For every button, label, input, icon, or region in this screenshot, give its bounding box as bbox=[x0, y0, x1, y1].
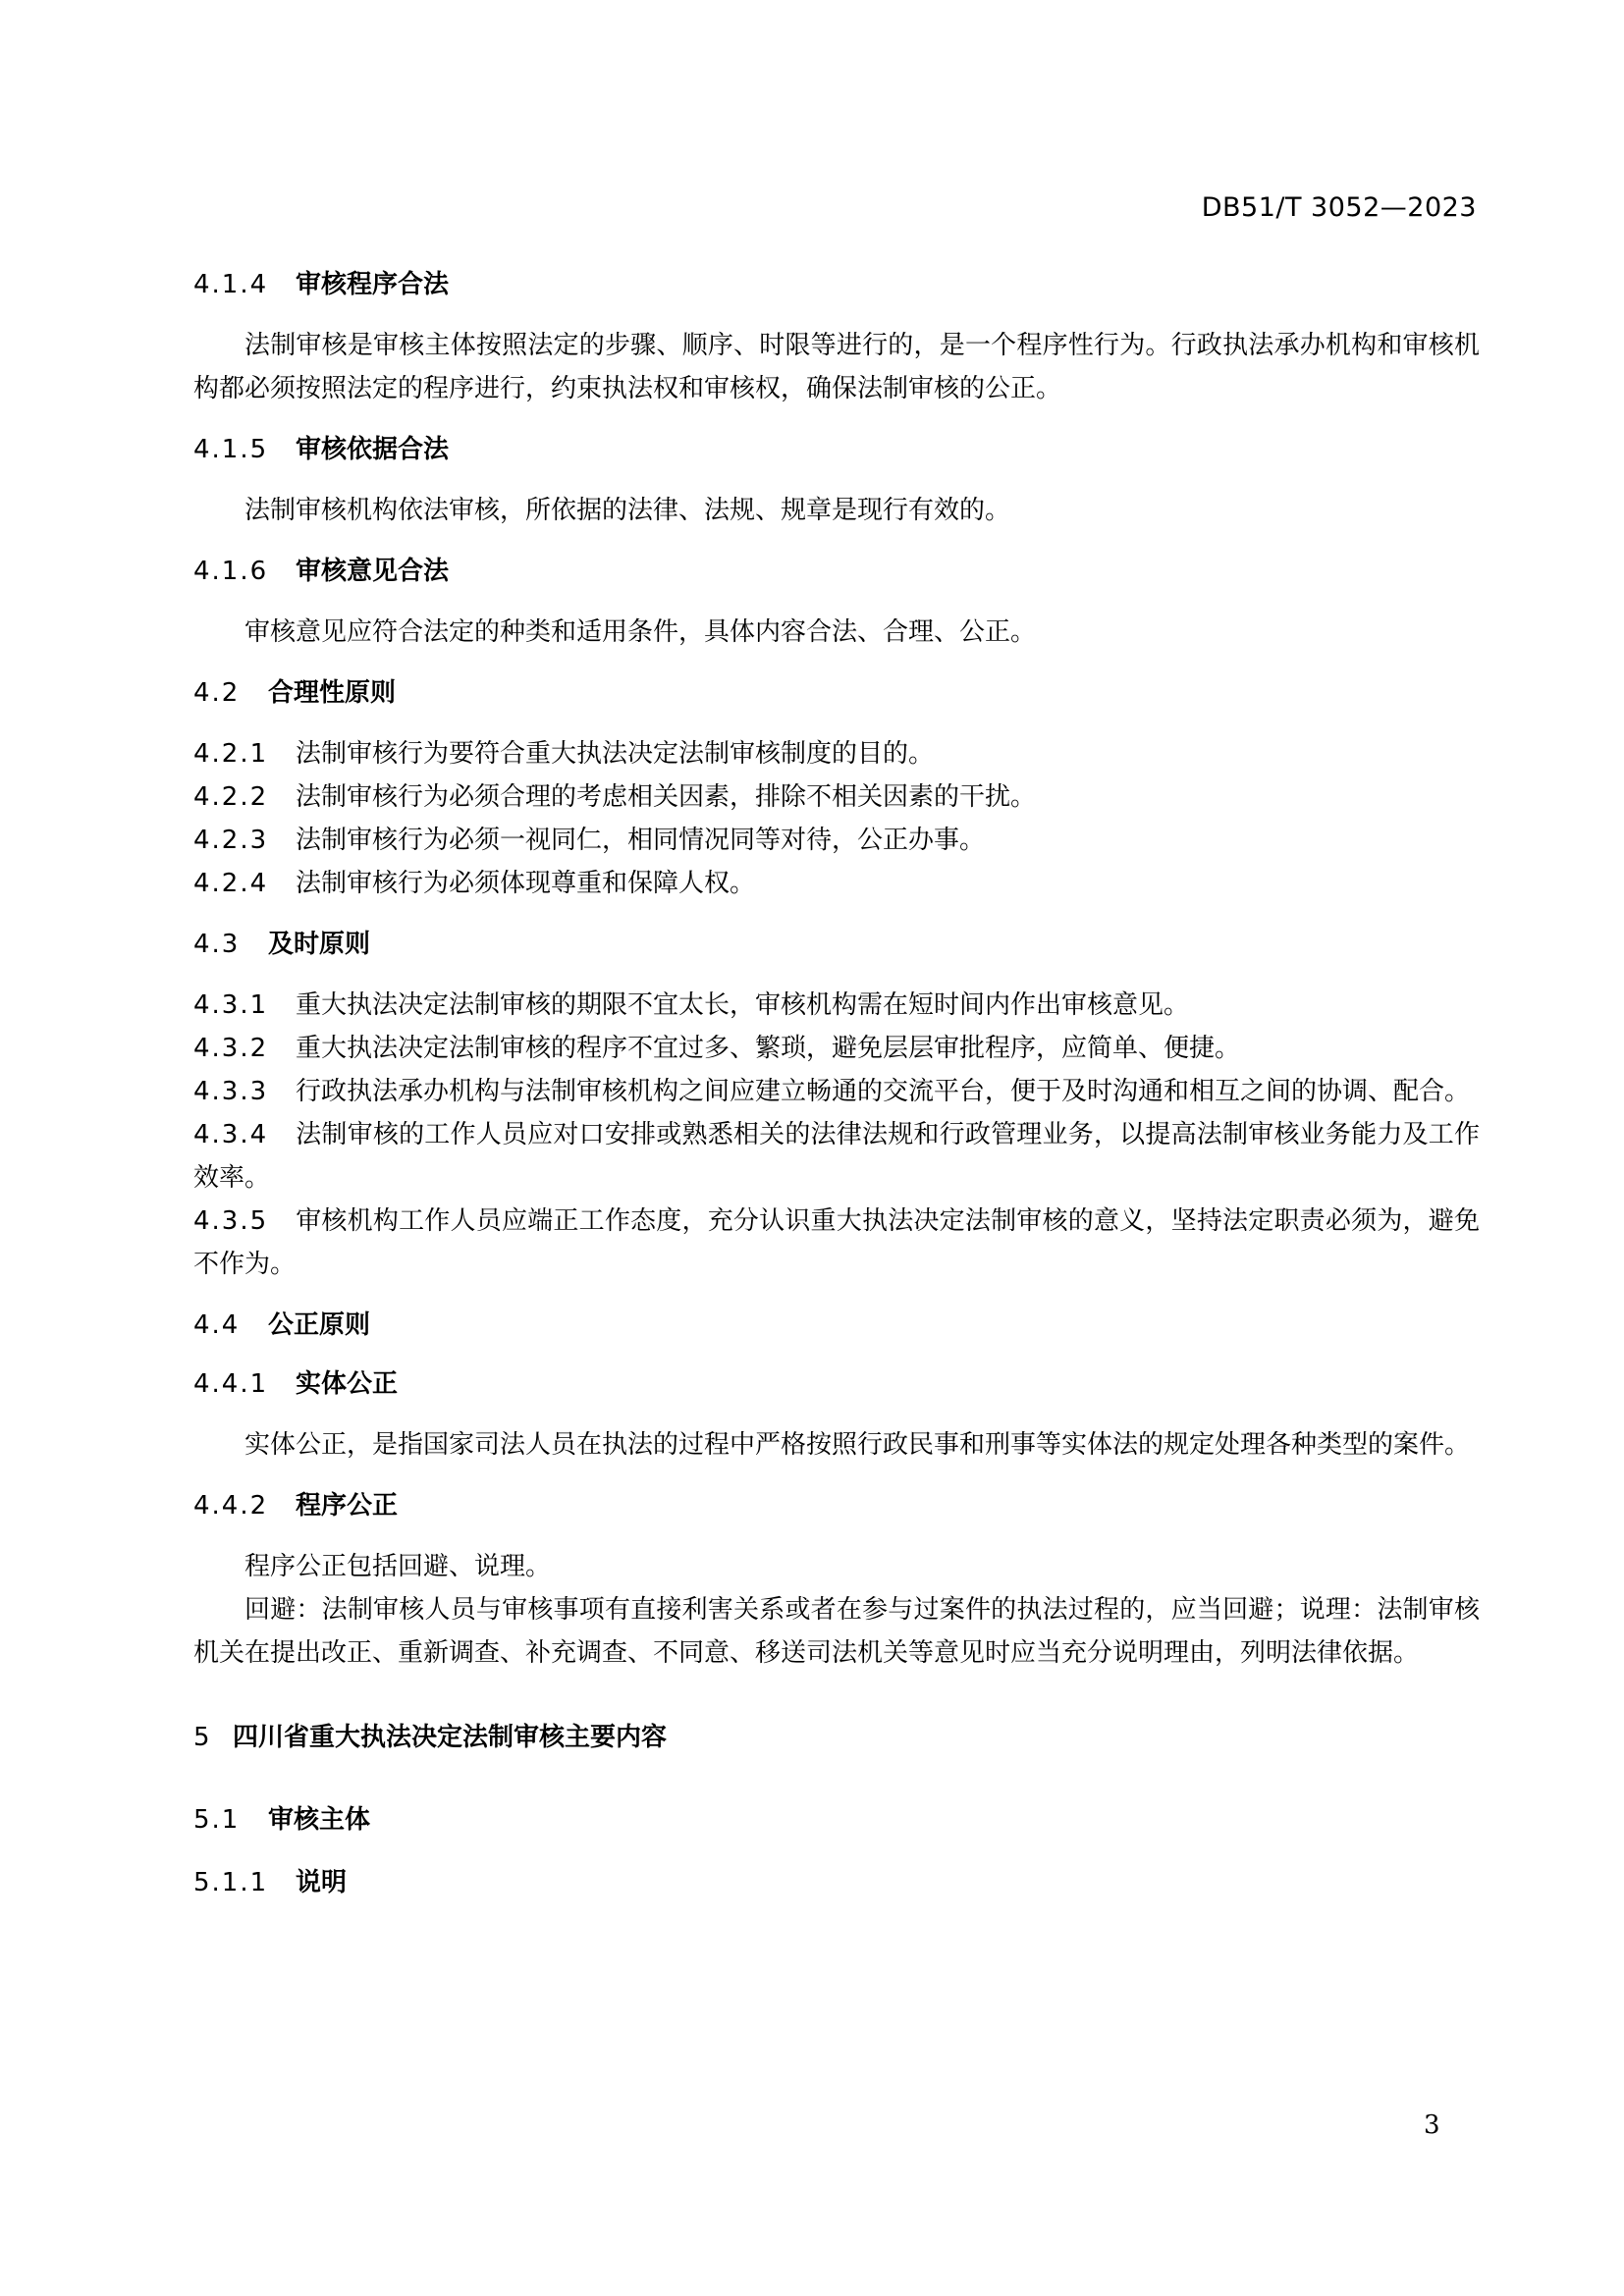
heading-4-4-2: 4.4.2程序公正 bbox=[193, 1486, 1480, 1525]
heading-4-2: 4.2合理性原则 bbox=[193, 673, 1480, 713]
heading-4-3: 4.3及时原则 bbox=[193, 925, 1480, 964]
clause-4-2-4: 4.2.4法制审核行为必须体现尊重和保障人权。 bbox=[193, 862, 1480, 905]
paragraph-4-1-5: 法制审核机构依法审核，所依据的法律、法规、规章是现行有效的。 bbox=[193, 489, 1480, 532]
heading-4-4: 4.4公正原则 bbox=[193, 1306, 1480, 1345]
paragraph-4-1-4: 法制审核是审核主体按照法定的步骤、顺序、时限等进行的，是一个程序性行为。行政执法… bbox=[193, 324, 1480, 410]
heading-5: 5四川省重大执法决定法制审核主要内容 bbox=[193, 1718, 1480, 1757]
heading-4-1-5: 4.1.5审核依据合法 bbox=[193, 430, 1480, 469]
clause-4-3-3: 4.3.3行政执法承办机构与法制审核机构之间应建立畅通的交流平台，便于及时沟通和… bbox=[193, 1070, 1480, 1113]
clause-4-3-1: 4.3.1重大执法决定法制审核的期限不宜太长，审核机构需在短时间内作出审核意见。 bbox=[193, 984, 1480, 1027]
page-number: 3 bbox=[1424, 2110, 1440, 2140]
clause-4-3-2: 4.3.2重大执法决定法制审核的程序不宜过多、繁琐，避免层层审批程序，应简单、便… bbox=[193, 1027, 1480, 1070]
heading-5-1-1: 5.1.1说明 bbox=[193, 1863, 1480, 1902]
paragraph-4-4-2-intro: 程序公正包括回避、说理。 bbox=[193, 1545, 1480, 1588]
clause-4-2-2: 4.2.2法制审核行为必须合理的考虑相关因素，排除不相关因素的干扰。 bbox=[193, 775, 1480, 819]
heading-5-1: 5.1审核主体 bbox=[193, 1800, 1480, 1840]
heading-4-1-4: 4.1.4审核程序合法 bbox=[193, 265, 1480, 304]
paragraph-4-4-1: 实体公正，是指国家司法人员在执法的过程中严格按照行政民事和刑事等实体法的规定处理… bbox=[193, 1423, 1480, 1467]
standard-code: DB51/T 3052—2023 bbox=[1202, 192, 1477, 223]
document-body: 4.1.4审核程序合法 法制审核是审核主体按照法定的步骤、顺序、时限等进行的，是… bbox=[193, 265, 1480, 1902]
clause-4-2-1: 4.2.1法制审核行为要符合重大执法决定法制审核制度的目的。 bbox=[193, 732, 1480, 775]
paragraph-4-1-6: 审核意见应符合法定的种类和适用条件，具体内容合法、合理、公正。 bbox=[193, 611, 1480, 654]
clause-4-3-5: 4.3.5审核机构工作人员应端正工作态度，充分认识重大执法决定法制审核的意义，坚… bbox=[193, 1200, 1480, 1286]
heading-4-1-6: 4.1.6审核意见合法 bbox=[193, 552, 1480, 591]
clause-4-3-4: 4.3.4法制审核的工作人员应对口安排或熟悉相关的法律法规和行政管理业务，以提高… bbox=[193, 1113, 1480, 1200]
paragraph-4-4-2-detail: 回避：法制审核人员与审核事项有直接利害关系或者在参与过案件的执法过程的，应当回避… bbox=[193, 1588, 1480, 1675]
heading-4-4-1: 4.4.1实体公正 bbox=[193, 1364, 1480, 1404]
clause-4-2-3: 4.2.3法制审核行为必须一视同仁，相同情况同等对待，公正办事。 bbox=[193, 819, 1480, 862]
